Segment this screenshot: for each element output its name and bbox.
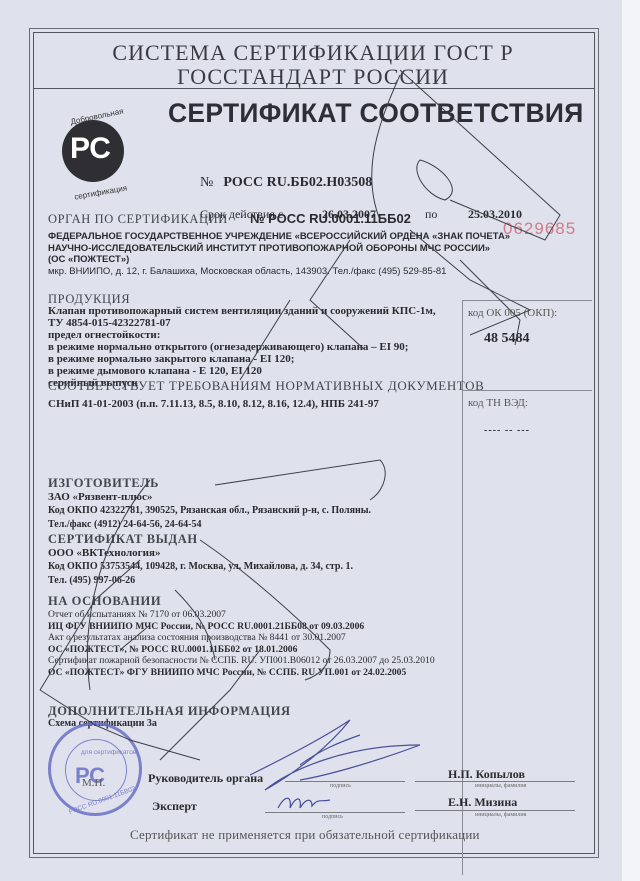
okp-label: код ОК 005 (ОКП):	[468, 307, 557, 319]
basis-line: ОС «ПОЖТЕСТ», № РОСС RU.0001.11ББ02 от 1…	[48, 644, 435, 656]
head-name: Н.П. Копылов	[448, 767, 525, 782]
product-line: ТУ 4854-015-42322781-07	[48, 317, 436, 329]
product-line: предел огнестойкости:	[48, 329, 436, 341]
basis-line: ИЦ ФГУ ВНИИПО МЧС России, № РОСС RU.0001…	[48, 621, 435, 633]
head-label: Руководитель органа	[148, 771, 263, 786]
stamp-mark: М.П.	[82, 777, 105, 789]
manufacturer-label: ИЗГОТОВИТЕЛЬ	[48, 476, 159, 491]
head-signature-line	[285, 781, 405, 782]
cert-body-address: мкр. ВНИИПО, д. 12, г. Балашиха, Московс…	[48, 266, 510, 278]
codes-top-line	[462, 300, 592, 301]
issued-to-address: Код ОКПО 53753544, 109428, г. Москва, ул…	[48, 561, 353, 573]
tnved-label: код ТН ВЭД:	[468, 397, 528, 409]
serial-number: 0629685	[503, 219, 576, 239]
compliance-label: СООТВЕТСТВУЕТ ТРЕБОВАНИЯМ НОРМАТИВНЫХ ДО…	[48, 378, 484, 394]
expert-name-caption: инициалы, фамилия	[475, 812, 526, 818]
expert-signature-line	[265, 812, 405, 813]
manufacturer-address: Код ОКПО 42322781, 390525, Рязанская обл…	[48, 505, 371, 517]
issued-to-phone: Тел. (495) 997-06-26	[48, 575, 135, 587]
issued-to-name: ООО «ВКТехнология»	[48, 547, 160, 559]
basis-list: Отчет об испытаниях № 7170 от 06.03.2007…	[48, 609, 435, 679]
organization-stamp: РС для сертификатов РОСС RU.0001.11БВ02	[48, 722, 142, 816]
head-name-caption: инициалы, фамилия	[475, 783, 526, 789]
basis-line: Акт о результатах анализа состояния прои…	[48, 632, 435, 644]
product-line: в режиме дымового клапана - Е 120, EI 12…	[48, 365, 436, 377]
rst-logo: РС	[62, 120, 124, 182]
stamp-label: для сертификатов	[81, 749, 136, 756]
cert-body-line: ФЕДЕРАЛЬНОЕ ГОСУДАРСТВЕННОЕ УЧРЕЖДЕНИЕ «…	[48, 231, 510, 243]
cert-body-details: ФЕДЕРАЛЬНОЕ ГОСУДАРСТВЕННОЕ УЧРЕЖДЕНИЕ «…	[48, 231, 510, 277]
certificate-title: СЕРТИФИКАТ СООТВЕТСТВИЯ	[168, 98, 584, 129]
product-line: в режиме нормально закрытого клапана - E…	[48, 353, 436, 365]
issued-to-label: СЕРТИФИКАТ ВЫДАН	[48, 532, 198, 547]
basis-line: Отчет об испытаниях № 7170 от 06.03.2007	[48, 609, 435, 621]
head-name-line	[415, 781, 575, 782]
product-line: в режиме нормально открытого (огнезадерж…	[48, 341, 436, 353]
system-title-line2: ГОССТАНДАРТ РОССИИ	[33, 64, 593, 90]
expert-signature-caption: подпись	[322, 814, 343, 820]
product-line: Клапан противопожарный систем вентиляции…	[48, 305, 436, 317]
product-details: Клапан противопожарный систем вентиляции…	[48, 305, 436, 389]
footer-note: Сертификат не применяется при обязательн…	[130, 827, 480, 843]
cert-body-label: ОРГАН ПО СЕРТИФИКАЦИИ	[48, 212, 228, 227]
cert-body-line: НАУЧНО-ИССЛЕДОВАТЕЛЬСКИЙ ИНСТИТУТ ПРОТИВ…	[48, 243, 510, 255]
tnved-value: ---- -- ---	[484, 425, 530, 436]
expert-name-line	[415, 810, 575, 811]
number-value: РОСС RU.ББ02.Н03508	[223, 175, 372, 190]
system-title-line1: СИСТЕМА СЕРТИФИКАЦИИ ГОСТ Р	[33, 40, 593, 66]
expert-name: Е.Н. Мизина	[448, 795, 517, 810]
rst-mark-icon: РС	[70, 132, 111, 166]
manufacturer-name: ЗАО «Рязвент-плюс»	[48, 491, 152, 503]
cert-body-line: (ОС «ПОЖТЕСТ»)	[48, 254, 510, 266]
okp-value: 48 5484	[484, 331, 530, 347]
additional-label: ДОПОЛНИТЕЛЬНАЯ ИНФОРМАЦИЯ	[48, 704, 291, 719]
validity-to-label: по	[425, 207, 437, 222]
basis-label: НА ОСНОВАНИИ	[48, 594, 161, 609]
expert-label: Эксперт	[152, 799, 197, 814]
certificate-number: №РОСС RU.ББ02.Н03508	[200, 175, 372, 191]
number-label: №	[200, 175, 213, 190]
basis-line: Сертификат пожарной безопасности № ССПБ.…	[48, 655, 435, 667]
compliance-docs: СНиП 41-01-2003 (п.п. 7.11.13, 8.5, 8.10…	[48, 398, 379, 410]
head-signature-caption: подпись	[330, 783, 351, 789]
manufacturer-phone: Тел./факс (4912) 24-64-56, 24-64-54	[48, 519, 201, 531]
cert-body-number: № РОСС RU.0001.11ББ02	[250, 211, 411, 226]
basis-line: ОС «ПОЖТЕСТ» ФГУ ВНИИПО МЧС России, № СС…	[48, 667, 435, 679]
